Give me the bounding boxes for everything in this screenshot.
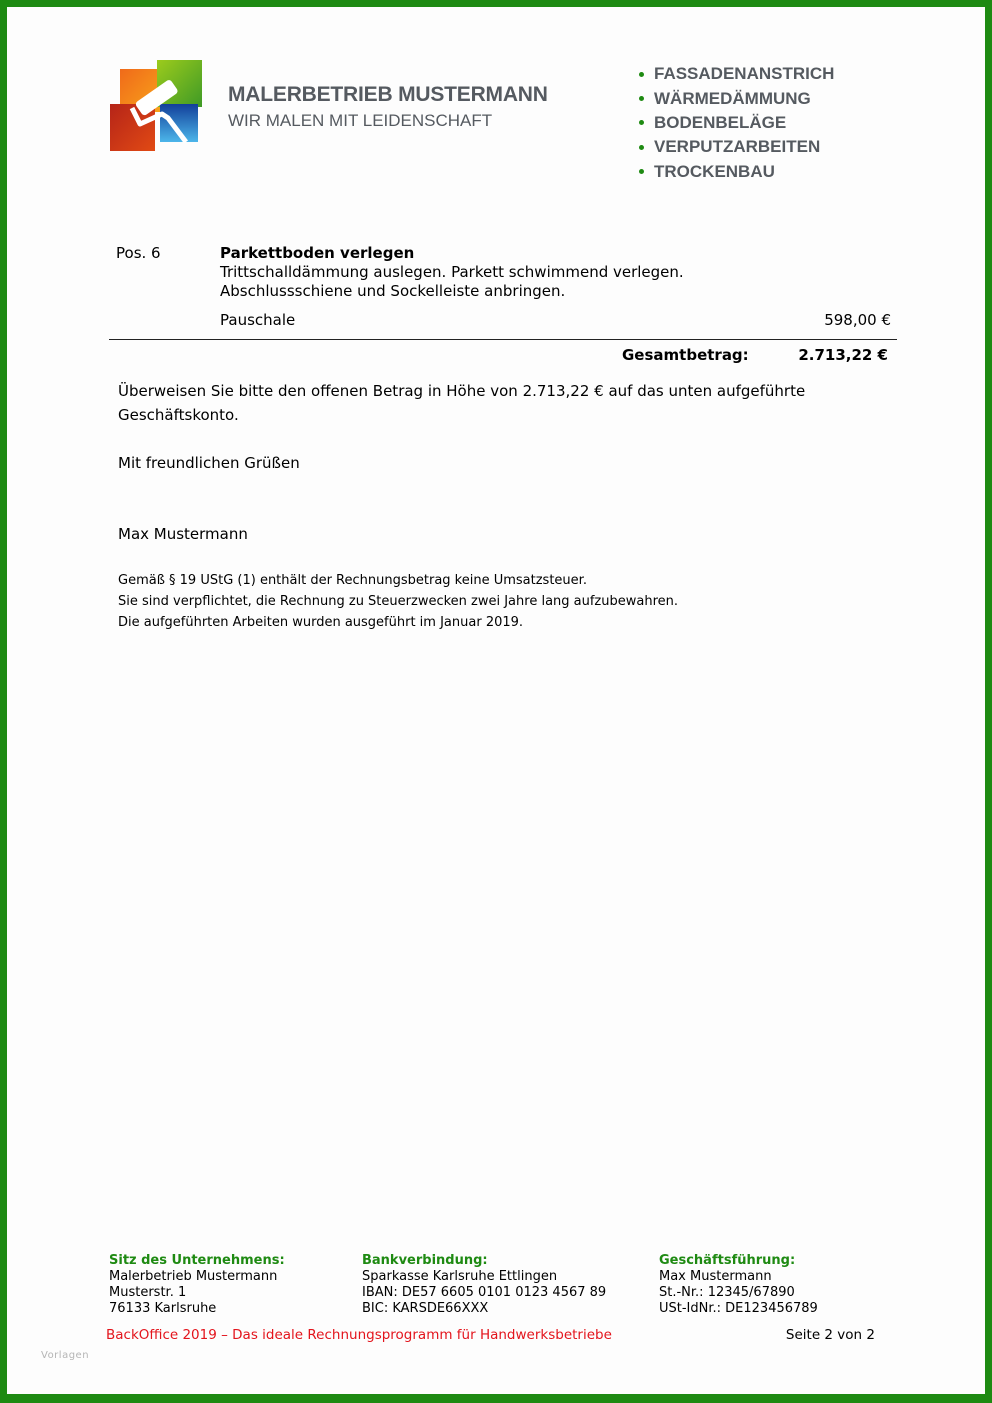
- position-unit: Pauschale: [220, 311, 295, 330]
- service-item: VERPUTZARBEITEN: [637, 135, 834, 159]
- watermark: Vorlagen: [41, 1350, 89, 1361]
- service-item: BODENBELÄGE: [637, 111, 834, 135]
- payment-request: Überweisen Sie bitte den offenen Betrag …: [118, 379, 838, 427]
- footer-management-info: Geschäftsführung: Max Mustermann St.-Nr.…: [659, 1253, 818, 1317]
- position-description-line: Abschlussschiene und Sockelleiste anbrin…: [220, 282, 565, 301]
- legal-note: Gemäß § 19 UStG (1) enthält der Rechnung…: [118, 570, 678, 591]
- footer-heading: Geschäftsführung:: [659, 1253, 818, 1269]
- closing-greeting: Mit freundlichen Grüßen: [118, 451, 300, 475]
- footer-company-info: Sitz des Unternehmens: Malerbetrieb Must…: [109, 1253, 285, 1317]
- footer-bank-info: Bankverbindung: Sparkasse Karlsruhe Ettl…: [362, 1253, 606, 1317]
- invoice-page: MALERBETRIEB MUSTERMANN WIR MALEN MIT LE…: [7, 7, 985, 1394]
- paint-roller-icon: [110, 60, 206, 152]
- bullet-icon: [639, 72, 644, 77]
- company-name: MALERBETRIEB MUSTERMANN: [228, 83, 548, 107]
- footer-heading: Sitz des Unternehmens:: [109, 1253, 285, 1269]
- legal-note: Die aufgeführten Arbeiten wurden ausgefü…: [118, 612, 678, 633]
- service-item: FASSADENANSTRICH: [637, 62, 834, 86]
- total-amount: 2.713,22 €: [798, 346, 888, 365]
- page-number: Seite 2 von 2: [786, 1327, 875, 1343]
- position-number: Pos. 6: [116, 244, 161, 263]
- signature-name: Max Mustermann: [118, 522, 248, 546]
- position-description-line: Trittschalldämmung auslegen. Parkett sch…: [220, 263, 684, 282]
- service-item: TROCKENBAU: [637, 160, 834, 184]
- bullet-icon: [639, 96, 644, 101]
- position-price: 598,00 €: [824, 311, 891, 330]
- footer-heading: Bankverbindung:: [362, 1253, 606, 1269]
- bullet-icon: [639, 169, 644, 174]
- bullet-icon: [639, 120, 644, 125]
- position-title: Parkettboden verlegen: [220, 244, 414, 263]
- legal-note: Sie sind verpflichtet, die Rechnung zu S…: [118, 591, 678, 612]
- company-slogan: WIR MALEN MIT LEIDENSCHAFT: [228, 111, 492, 131]
- total-divider: [109, 339, 897, 340]
- bullet-icon: [639, 145, 644, 150]
- total-label: Gesamtbetrag:: [622, 346, 749, 365]
- promo-text: BackOffice 2019 – Das ideale Rechnungspr…: [106, 1327, 612, 1343]
- service-item: WÄRMEDÄMMUNG: [637, 86, 834, 110]
- services-list: FASSADENANSTRICH WÄRMEDÄMMUNG BODENBELÄG…: [637, 62, 834, 184]
- legal-notes: Gemäß § 19 UStG (1) enthält der Rechnung…: [118, 570, 678, 633]
